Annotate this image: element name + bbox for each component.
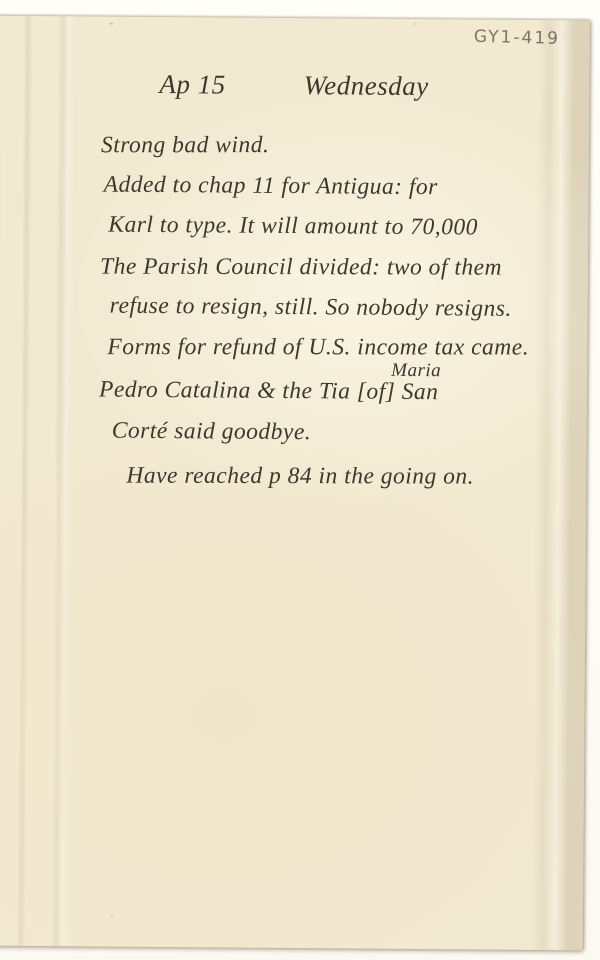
diary-page-scan: GY1-419 Ap 15Wednesday Strong bad wind. … — [0, 0, 600, 960]
diary-line: The Parish Council divided: two of them — [100, 256, 502, 281]
diary-line: Karl to type. It will amount to 70,000 — [108, 214, 478, 240]
entry-day: Wednesday — [304, 70, 429, 101]
diary-line: refuse to resign, still. So nobody resig… — [110, 295, 512, 322]
diary-line: Corté said goodbye. — [112, 420, 312, 445]
archive-code: GY1-419 — [473, 27, 560, 49]
diary-line: Forms for refund of U.S. income tax came… — [107, 336, 529, 360]
diary-line: Strong bad wind. — [101, 134, 269, 158]
entry-date: Ap 15 — [159, 69, 225, 100]
paper-speck — [110, 23, 113, 25]
diary-line: Added to chap 11 for Antigua: for — [104, 174, 438, 200]
diary-line: Pedro Catalina & the Tia [of] San Maria — [99, 379, 439, 405]
paper-speck — [111, 915, 113, 917]
paper-speck — [414, 23, 416, 25]
diary-line-text: Pedro Catalina & the Tia [of] San — [99, 377, 439, 406]
paper-page: GY1-419 Ap 15Wednesday Strong bad wind. … — [0, 16, 590, 951]
inserted-word-above-line: Maria — [391, 361, 441, 380]
entry-heading: Ap 15Wednesday — [159, 69, 428, 102]
diary-line: Have reached p 84 in the going on. — [126, 465, 474, 489]
